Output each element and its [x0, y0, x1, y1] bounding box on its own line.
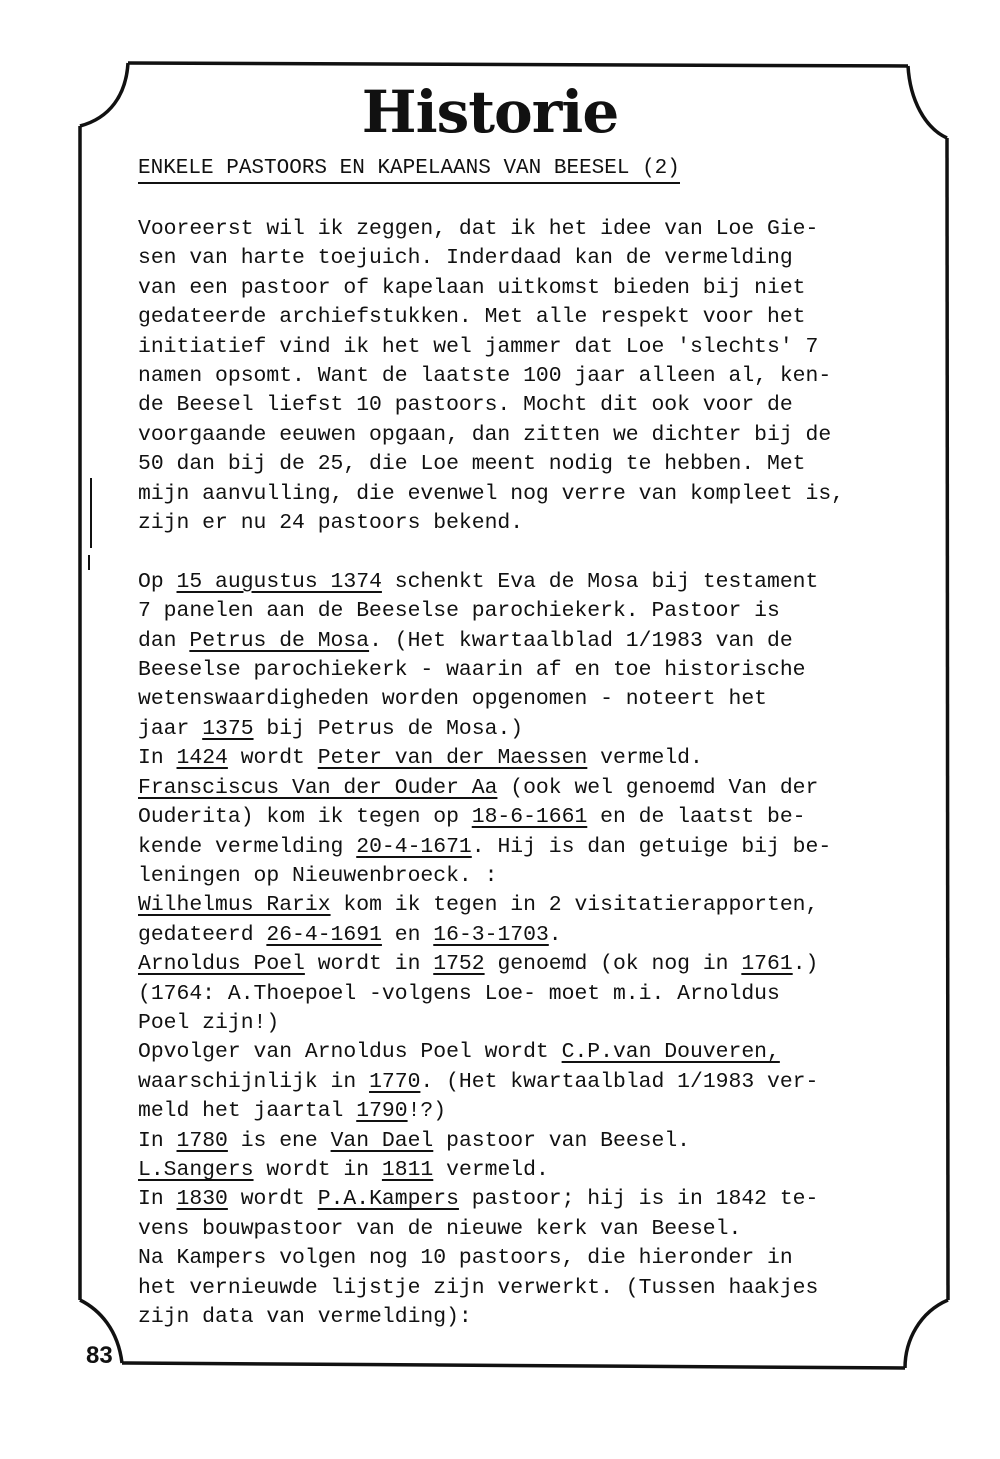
underlined-term: C.P.van Douveren,: [562, 1040, 780, 1064]
text-segment: !?): [408, 1099, 447, 1123]
paragraph: Op 15 augustus 1374 schenkt Eva de Mosa …: [138, 568, 938, 1333]
underlined-term: 1424: [177, 746, 228, 770]
text-line: In 1830 wordt P.A.Kampers pastoor; hij i…: [138, 1185, 938, 1214]
underlined-term: Fransciscus Van der Ouder Aa: [138, 776, 497, 800]
page-number: 83: [86, 1342, 113, 1370]
text-segment: meld het jaartal: [138, 1099, 356, 1123]
text-segment: wordt in: [254, 1158, 382, 1182]
page-title: Historie: [0, 78, 980, 146]
text-segment: (ook wel genoemd Van der: [497, 776, 818, 800]
text-segment: pastoor van Beesel.: [433, 1129, 690, 1153]
text-segment: Poel zijn!): [138, 1011, 279, 1035]
text-segment: Vooreerst wil ik zeggen, dat ik het idee…: [138, 217, 818, 241]
text-line: Opvolger van Arnoldus Poel wordt C.P.van…: [138, 1038, 938, 1067]
text-line: In 1780 is ene Van Dael pastoor van Bees…: [138, 1127, 938, 1156]
text-segment: vens bouwpastoor van de nieuwe kerk van …: [138, 1217, 741, 1241]
text-segment: wetenswaardigheden worden opgenomen - no…: [138, 687, 767, 711]
text-line: vens bouwpastoor van de nieuwe kerk van …: [138, 1215, 938, 1244]
underlined-term: P.A.Kampers: [318, 1187, 459, 1211]
text-segment: zijn er nu 24 pastoors bekend.: [138, 511, 523, 535]
text-segment: Opvolger van Arnoldus Poel wordt: [138, 1040, 562, 1064]
text-line: leningen op Nieuwenbroeck. :: [138, 862, 938, 891]
text-segment: is ene: [228, 1129, 331, 1153]
text-line: initiatief vind ik het wel jammer dat Lo…: [138, 333, 938, 362]
text-segment: wordt in: [305, 952, 433, 976]
paragraph-gap: [138, 538, 938, 567]
text-line: voorgaande eeuwen opgaan, dan zitten we …: [138, 421, 938, 450]
underlined-term: 1761: [741, 952, 792, 976]
text-segment: In: [138, 746, 177, 770]
text-line: dan Petrus de Mosa. (Het kwartaalblad 1/…: [138, 627, 938, 656]
text-line: Wilhelmus Rarix kom ik tegen in 2 visita…: [138, 891, 938, 920]
underlined-term: Van Dael: [331, 1129, 434, 1153]
text-line: (1764: A.Thoepoel -volgens Loe- moet m.i…: [138, 980, 938, 1009]
text-segment: Op: [138, 570, 177, 594]
text-segment: gedateerd: [138, 923, 266, 947]
underlined-term: Wilhelmus Rarix: [138, 893, 331, 917]
text-segment: Na Kampers volgen nog 10 pastoors, die h…: [138, 1246, 793, 1270]
text-segment: Beeselse parochiekerk - waarin af en toe…: [138, 658, 806, 682]
text-segment: en de laatst be-: [587, 805, 805, 829]
text-segment: de Beesel liefst 10 pastoors. Mocht dit …: [138, 393, 793, 417]
text-line: 7 panelen aan de Beeselse parochiekerk. …: [138, 597, 938, 626]
underlined-term: L.Sangers: [138, 1158, 254, 1182]
text-segment: het vernieuwde lijstje zijn verwerkt. (T…: [138, 1276, 818, 1300]
text-line: zijn data van vermelding):: [138, 1303, 938, 1332]
text-line: het vernieuwde lijstje zijn verwerkt. (T…: [138, 1274, 938, 1303]
underlined-term: 16-3-1703: [433, 923, 549, 947]
text-segment: kende vermelding: [138, 835, 356, 859]
text-line: L.Sangers wordt in 1811 vermeld.: [138, 1156, 938, 1185]
underlined-term: 1752: [433, 952, 484, 976]
text-line: mijn aanvulling, die evenwel nog verre v…: [138, 480, 938, 509]
text-segment: sen van harte toejuich. Inderdaad kan de…: [138, 246, 793, 270]
underlined-term: Peter van der Maessen: [318, 746, 588, 770]
text-segment: wordt: [228, 746, 318, 770]
text-line: de Beesel liefst 10 pastoors. Mocht dit …: [138, 391, 938, 420]
text-line: Poel zijn!): [138, 1009, 938, 1038]
text-line: Na Kampers volgen nog 10 pastoors, die h…: [138, 1244, 938, 1273]
text-line: Op 15 augustus 1374 schenkt Eva de Mosa …: [138, 568, 938, 597]
text-line: 50 dan bij de 25, die Loe meent nodig te…: [138, 450, 938, 479]
text-segment: namen opsomt. Want de laatste 100 jaar a…: [138, 364, 831, 388]
underlined-term: 15 augustus 1374: [177, 570, 382, 594]
text-line: van een pastoor of kapelaan uitkomst bie…: [138, 274, 938, 303]
text-segment: zijn data van vermelding):: [138, 1305, 472, 1329]
underlined-term: Petrus de Mosa: [189, 629, 369, 653]
text-line: Arnoldus Poel wordt in 1752 genoemd (ok …: [138, 950, 938, 979]
underlined-term: 1811: [382, 1158, 433, 1182]
text-line: namen opsomt. Want de laatste 100 jaar a…: [138, 362, 938, 391]
text-segment: gedateerde archiefstukken. Met alle resp…: [138, 305, 806, 329]
text-line: waarschijnlijk in 1770. (Het kwartaalbla…: [138, 1068, 938, 1097]
text-segment: wordt: [228, 1187, 318, 1211]
text-segment: . (Het kwartaalblad 1/1983 ver-: [420, 1070, 818, 1094]
text-line: gedateerde archiefstukken. Met alle resp…: [138, 303, 938, 332]
text-segment: jaar: [138, 717, 202, 741]
text-segment: 7 panelen aan de Beeselse parochiekerk. …: [138, 599, 780, 623]
text-segment: Ouderita) kom ik tegen op: [138, 805, 472, 829]
text-line: meld het jaartal 1790!?): [138, 1097, 938, 1126]
text-segment: waarschijnlijk in: [138, 1070, 369, 1094]
text-segment: initiatief vind ik het wel jammer dat Lo…: [138, 335, 818, 359]
text-segment: en: [382, 923, 433, 947]
underlined-term: 1830: [177, 1187, 228, 1211]
underlined-term: 26-4-1691: [266, 923, 382, 947]
text-line: Vooreerst wil ik zeggen, dat ik het idee…: [138, 215, 938, 244]
text-line: sen van harte toejuich. Inderdaad kan de…: [138, 244, 938, 273]
underlined-term: 1780: [177, 1129, 228, 1153]
text-line: Ouderita) kom ik tegen op 18-6-1661 en d…: [138, 803, 938, 832]
underlined-term: 1770: [369, 1070, 420, 1094]
underlined-term: 1375: [202, 717, 253, 741]
text-segment: In: [138, 1129, 177, 1153]
text-line: wetenswaardigheden worden opgenomen - no…: [138, 685, 938, 714]
article-subtitle: ENKELE PASTOORS EN KAPELAANS VAN BEESEL …: [138, 157, 680, 184]
text-segment: dan: [138, 629, 189, 653]
underlined-term: 18-6-1661: [472, 805, 588, 829]
text-line: kende vermelding 20-4-1671. Hij is dan g…: [138, 833, 938, 862]
text-segment: pastoor; hij is in 1842 te-: [459, 1187, 818, 1211]
text-segment: 50 dan bij de 25, die Loe meent nodig te…: [138, 452, 806, 476]
text-segment: leningen op Nieuwenbroeck. :: [138, 864, 497, 888]
article-body: Vooreerst wil ik zeggen, dat ik het idee…: [138, 215, 938, 1332]
text-line: jaar 1375 bij Petrus de Mosa.): [138, 715, 938, 744]
text-segment: .): [793, 952, 819, 976]
text-segment: mijn aanvulling, die evenwel nog verre v…: [138, 482, 844, 506]
text-segment: vermeld.: [587, 746, 703, 770]
text-segment: In: [138, 1187, 177, 1211]
text-line: Beeselse parochiekerk - waarin af en toe…: [138, 656, 938, 685]
text-line: gedateerd 26-4-1691 en 16-3-1703.: [138, 921, 938, 950]
text-segment: bij Petrus de Mosa.): [254, 717, 524, 741]
paragraph: Vooreerst wil ik zeggen, dat ik het idee…: [138, 215, 938, 538]
text-segment: kom ik tegen in 2 visitatierapporten,: [331, 893, 819, 917]
text-line: Fransciscus Van der Ouder Aa (ook wel ge…: [138, 774, 938, 803]
underlined-term: Arnoldus Poel: [138, 952, 305, 976]
text-segment: van een pastoor of kapelaan uitkomst bie…: [138, 276, 806, 300]
underlined-term: 20-4-1671: [356, 835, 472, 859]
text-segment: voorgaande eeuwen opgaan, dan zitten we …: [138, 423, 831, 447]
text-segment: schenkt Eva de Mosa bij testament: [382, 570, 818, 594]
text-line: In 1424 wordt Peter van der Maessen verm…: [138, 744, 938, 773]
text-segment: .: [549, 923, 562, 947]
text-segment: . (Het kwartaalblad 1/1983 van de: [369, 629, 793, 653]
underlined-term: 1790: [356, 1099, 407, 1123]
text-segment: vermeld.: [433, 1158, 549, 1182]
text-segment: (1764: A.Thoepoel -volgens Loe- moet m.i…: [138, 982, 780, 1006]
text-segment: . Hij is dan getuige bij be-: [472, 835, 831, 859]
text-line: zijn er nu 24 pastoors bekend.: [138, 509, 938, 538]
text-segment: genoemd (ok nog in: [485, 952, 742, 976]
